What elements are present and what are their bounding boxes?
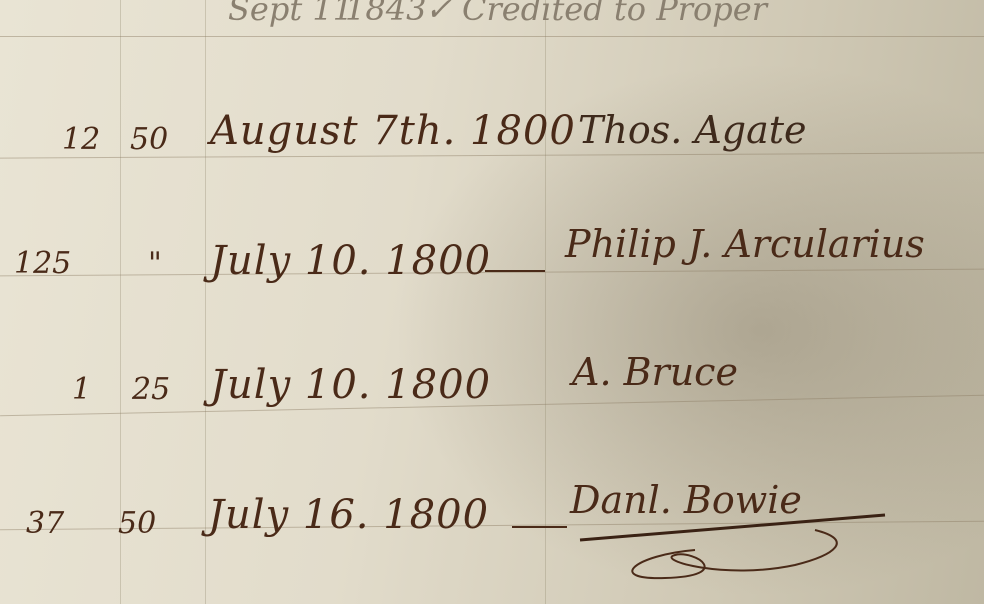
header-note: Credited to Proper: [462, 0, 767, 28]
entry-date: August 7th. 1800: [210, 108, 576, 154]
check-mark-icon: ✓: [425, 0, 452, 28]
signature-flourish-icon: [575, 510, 895, 590]
entry-name: Philip J. Arcularius: [565, 222, 925, 266]
entry-cents: 25: [132, 372, 170, 407]
row-rule: [0, 36, 984, 37]
column-rule: [205, 0, 206, 604]
column-rule: [545, 0, 546, 604]
entry-date: July 16. 1800: [208, 492, 489, 538]
entry-cents: ": [148, 246, 162, 281]
header-year: 1843: [345, 0, 426, 28]
entry-dollars: 37: [26, 506, 64, 541]
ledger-page: Sept 11 1843 ✓ Credited to Proper 12 50 …: [0, 0, 984, 604]
entry-date: July 10. 1800: [210, 362, 491, 408]
entry-dollars: 1: [72, 372, 91, 407]
entry-dollars: 125: [14, 246, 71, 281]
entry-name: A. Bruce: [572, 350, 738, 394]
fill-dash: [512, 526, 567, 528]
entry-cents: 50: [118, 506, 156, 541]
entry-name: Thos. Agate: [578, 108, 807, 152]
entry-cents: 50: [130, 122, 168, 157]
fill-dash: [485, 270, 545, 272]
entry-date: July 10. 1800: [210, 238, 491, 284]
entry-dollars: 12: [62, 122, 100, 157]
header-date: Sept 11: [228, 0, 353, 28]
